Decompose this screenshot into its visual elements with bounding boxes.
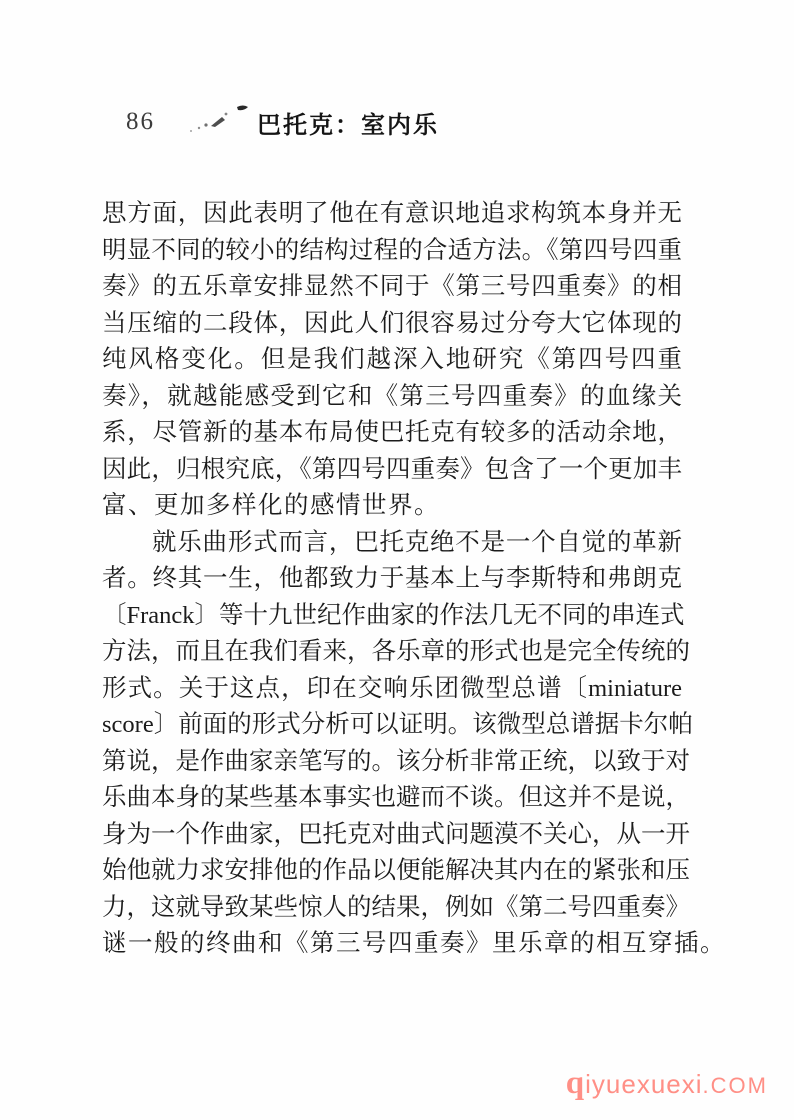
text-line: 纯风格变化。但是我们越深入地研究《第四号四重 — [102, 342, 682, 379]
text-line: 始他就力求安排他的作品以便能解决其内在的紧张和压 — [102, 853, 682, 890]
text-line: 形式。关于这点，印在交响乐团微型总谱〔miniature — [102, 671, 682, 708]
watermark-middle: iyuexuexi — [585, 1069, 702, 1099]
page-number: 86 — [126, 108, 155, 136]
text-line: 方法，而且在我们看来，各乐章的形式也是完全传统的 — [102, 634, 682, 671]
text-line: 身为一个作曲家，巴托克对曲式问题漠不关心，从一开 — [102, 817, 682, 854]
text-line: 系，尽管新的基本布局使巴托克有较多的活动余地， — [102, 415, 682, 452]
text-line: 明显不同的较小的结构过程的合适方法。《第四号四重 — [102, 233, 682, 270]
text-line: 富、更加多样化的感情世界。 — [102, 488, 682, 525]
text-line: 力，这就导致某些惊人的结果，例如《第二号四重奏》 — [102, 890, 682, 927]
text-line: 当压缩的二段体，因此人们很容易过分夸大它体现的 — [102, 306, 682, 343]
text-line: score〕前面的形式分析可以证明。该微型总谱据卡尔帕 — [102, 707, 682, 744]
text-line: 奏》，就越能感受到它和《第三号四重奏》的血缘关 — [102, 379, 682, 416]
watermark-suffix: .COM — [703, 1073, 768, 1098]
ink-smudge-icon — [185, 98, 255, 138]
text-line: 者。终其一生，他都致力于基本上与李斯特和弗朗克 — [102, 561, 682, 598]
text-line: 第说，是作曲家亲笔写的。该分析非常正统，以致于对 — [102, 744, 682, 781]
text-line: 因此，归根究底，《第四号四重奏》包含了一个更加丰 — [102, 452, 682, 489]
text-line: 乐曲本身的某些基本事实也避而不谈。但这并不是说， — [102, 780, 682, 817]
book-page: 86 巴托克：室内乐 思方面，因此表明了他在有意识地追求构筑本身并无 明显不同的… — [0, 0, 794, 1120]
text-line: 〔Franck〕等十九世纪作曲家的作法几无不同的串连式 — [102, 598, 682, 635]
watermark-prefix: q — [566, 1065, 585, 1101]
running-title: 巴托克：室内乐 — [257, 105, 439, 140]
text-line: 思方面，因此表明了他在有意识地追求构筑本身并无 — [102, 196, 682, 233]
text-line: 谜一般的终曲和《第三号四重奏》里乐章的相互穿插。 — [102, 926, 682, 963]
text-line: 奏》的五乐章安排显然不同于《第三号四重奏》的相 — [102, 269, 682, 306]
watermark: qiyuexuexi.COM — [566, 1065, 768, 1102]
text-line: 就乐曲形式而言，巴托克绝不是一个自觉的革新 — [102, 525, 682, 562]
body-text: 思方面，因此表明了他在有意识地追求构筑本身并无 明显不同的较小的结构过程的合适方… — [102, 196, 682, 963]
